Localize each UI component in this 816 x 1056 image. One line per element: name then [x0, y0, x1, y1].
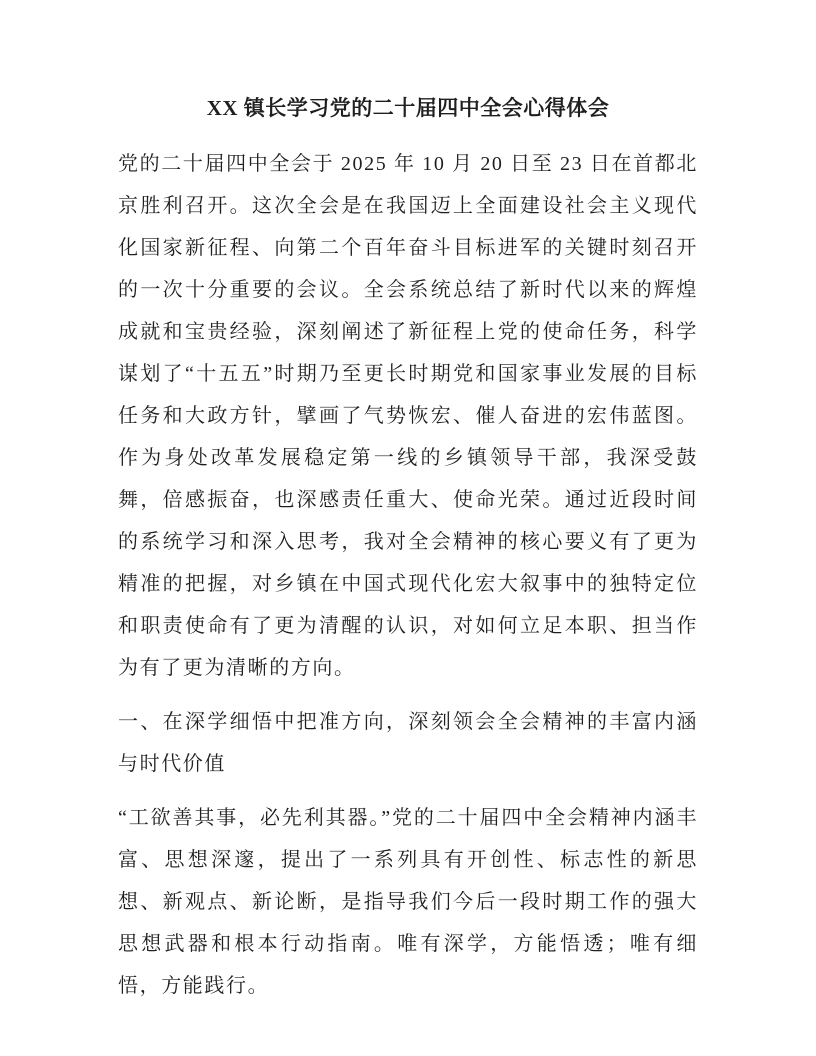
section-heading-1: 一、在深学细悟中把准方向，深刻领会全会精神的丰富内涵与时代价值 [118, 701, 698, 785]
paragraph-quote: “工欲善其事，必先利其器。”党的二十届四中全会精神内涵丰富、思想深邃，提出了一系… [118, 797, 698, 1007]
paragraph-intro: 党的二十届四中全会于 2025 年 10 月 20 日至 23 日在首都北京胜利… [118, 143, 698, 689]
document-page: XX 镇长学习党的二十届四中全会心得体会 党的二十届四中全会于 2025 年 1… [0, 0, 816, 1056]
document-title: XX 镇长学习党的二十届四中全会心得体会 [118, 87, 698, 129]
